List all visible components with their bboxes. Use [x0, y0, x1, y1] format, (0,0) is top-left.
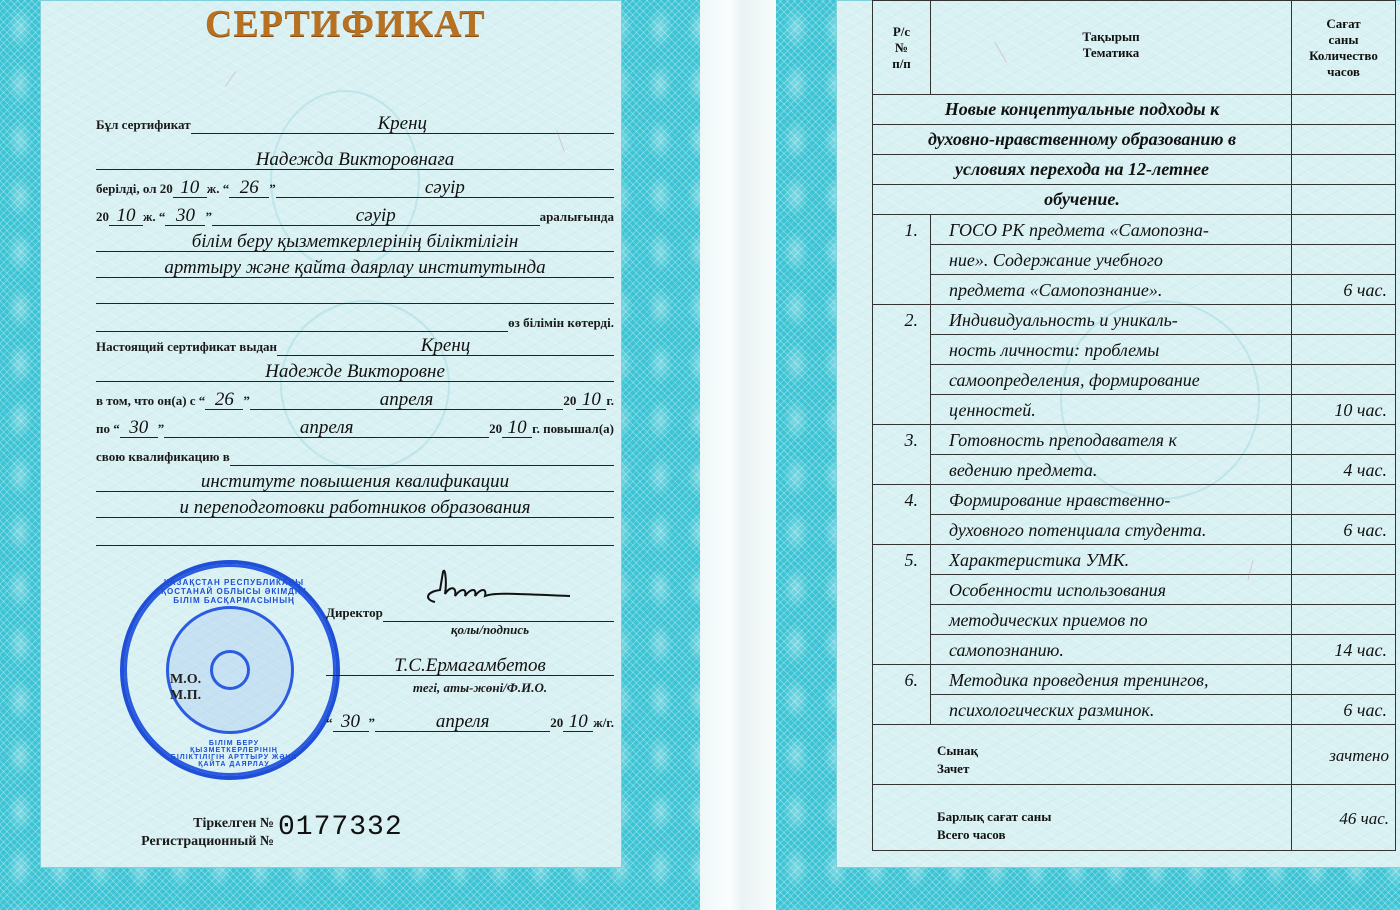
seal-label-kz: М.О.	[170, 672, 201, 688]
table-row: 2.Индивидуальность и уникаль-	[873, 305, 1396, 335]
row-number: 2.	[873, 305, 931, 335]
course-title-line: обучение.	[873, 185, 1292, 215]
header-hours-line: Количество	[1298, 48, 1389, 64]
ru-start-date-row: в том, что он(а) с “ 26 ” апреля 20 10 г…	[96, 390, 614, 410]
kz-name-field: Надежда Викторовнаға	[96, 150, 614, 170]
registration-label-ru: Регистрационный №	[100, 833, 274, 851]
course-title-row: духовно-нравственному образованию в	[873, 125, 1396, 155]
table-row: Особенности использования	[873, 575, 1396, 605]
header-hours-line: саны	[1298, 32, 1389, 48]
sign-date-day: 30	[333, 712, 369, 732]
ru-year-prefix-2: 20	[489, 421, 502, 438]
row-hours	[1292, 305, 1396, 335]
ru-name-field: Надежде Викторовне	[96, 362, 614, 382]
header-num: Р/с № п/п	[873, 1, 931, 95]
official-stamp: ҚАЗАҚСТАН РЕСПУБЛИКАСЫ ҚОСТАНАЙ ОБЛЫСЫ Ә…	[120, 560, 340, 780]
total-row-label-ru: Всего часов	[937, 826, 1285, 844]
kz-end-year: 10	[109, 206, 143, 226]
stamp-middle-text: БІЛІМ БЕРУ ҚЫЗМЕТКЕРЛЕРІНІҢ БІЛІКТІЛІГІН…	[164, 740, 304, 768]
row-hours: 10 час.	[1292, 395, 1396, 425]
kz-start-date-row: берілді, ол 20 10 ж. “ 26 ” сәуір	[96, 178, 614, 198]
table-row: 3.Готовность преподавателя к	[873, 425, 1396, 455]
row-hours	[1292, 335, 1396, 365]
ru-institution-row-1: институте повышения квалификации	[96, 472, 614, 492]
credit-row-value: зачтено	[1292, 725, 1396, 785]
director-signature-icon	[395, 562, 575, 612]
row-number	[873, 365, 931, 395]
row-topic-line: ГОСО РК предмета «Самопозна-	[931, 215, 1292, 245]
row-number: 4.	[873, 485, 931, 515]
date-suffix: ж/г.	[593, 715, 614, 732]
row-topic-line: Формирование нравственно-	[931, 485, 1292, 515]
row-hours	[1292, 545, 1396, 575]
sign-date-row: “ 30 ” апреля 20 10 ж/г.	[326, 712, 614, 732]
director-name: Т.С.Ермагамбетов	[326, 656, 614, 676]
table-row: самопознанию.14 час.	[873, 635, 1396, 665]
kz-improved-row: өз білімін көтерді.	[96, 312, 614, 332]
total-row-label: Барлық сағат саныВсего часов	[873, 785, 1292, 851]
header-hours: Сағат саны Количество часов	[1292, 1, 1396, 95]
row-number	[873, 575, 931, 605]
ru-to-label: по “	[96, 421, 120, 438]
row-hours	[1292, 575, 1396, 605]
row-hours	[1292, 215, 1396, 245]
row-number: 6.	[873, 665, 931, 695]
kz-end-date-row: 20 10 ж. “ 30 ” сәуір аралығында	[96, 206, 614, 226]
row-topic-line: психологических разминок.	[931, 695, 1292, 725]
row-hours	[1292, 665, 1396, 695]
ru-issued-row: Настоящий сертификат выдан Кренц	[96, 336, 614, 356]
row-topic-line: Индивидуальность и уникаль-	[931, 305, 1292, 335]
kz-end-day: 30	[165, 206, 205, 226]
header-topic-line: Тематика	[937, 45, 1285, 61]
seal-placeholder-label: М.О. М.П.	[170, 672, 201, 704]
row-hours	[1292, 485, 1396, 515]
ru-qualification-row: свою квалификацию в	[96, 446, 614, 466]
kz-institution-line-1: білім беру қызметкерлерінің біліктілігін	[96, 232, 614, 252]
ru-institution-line-2: и переподготовки работников образования	[96, 498, 614, 518]
hours-cell	[1292, 185, 1396, 215]
credit-row: СынақЗачетзачтено	[873, 725, 1396, 785]
row-number: 3.	[873, 425, 931, 455]
hours-cell	[1292, 125, 1396, 155]
row-number	[873, 245, 931, 275]
sign-date-month: апреля	[375, 712, 550, 732]
table-row: ведению предмета.4 час.	[873, 455, 1396, 485]
row-number	[873, 635, 931, 665]
row-hours	[1292, 605, 1396, 635]
row-topic-line: ценностей.	[931, 395, 1292, 425]
ru-start-year: 10	[576, 390, 606, 410]
signature-caption: қолы/подпись	[400, 622, 580, 638]
header-hours-line: часов	[1298, 64, 1389, 80]
row-hours: 6 час.	[1292, 515, 1396, 545]
kz-improved-label: өз білімін көтерді.	[508, 315, 614, 332]
row-topic-line: Методика проведения тренингов,	[931, 665, 1292, 695]
table-row: духовного потенциала студента.6 час.	[873, 515, 1396, 545]
row-hours	[1292, 365, 1396, 395]
ru-institution-row-2: и переподготовки работников образования	[96, 498, 614, 518]
ru-start-month: апреля	[250, 390, 564, 410]
row-number	[873, 395, 931, 425]
kz-blank-row	[96, 284, 614, 304]
row-hours: 4 час.	[1292, 455, 1396, 485]
table-row: самоопределения, формирование	[873, 365, 1396, 395]
row-topic-line: самопознанию.	[931, 635, 1292, 665]
header-topic-line: Тақырып	[937, 29, 1285, 45]
director-label: Директор	[326, 605, 383, 622]
header-topic: Тақырып Тематика	[931, 1, 1292, 95]
kz-issued-label: берілді, ол 20	[96, 181, 173, 198]
course-title-row: обучение.	[873, 185, 1396, 215]
header-num-line: п/п	[879, 56, 924, 72]
hours-cell	[1292, 95, 1396, 125]
row-topic-line: предмета «Самопознание».	[931, 275, 1292, 305]
row-topic-line: ность личности: проблемы	[931, 335, 1292, 365]
ru-raised-label: г. повышал(а)	[532, 421, 614, 438]
table-row: 4.Формирование нравственно-	[873, 485, 1396, 515]
row-topic-line: методических приемов по	[931, 605, 1292, 635]
course-title-line: Новые концептуальные подходы к	[873, 95, 1292, 125]
row-topic-line: Готовность преподавателя к	[931, 425, 1292, 455]
kz-institution-row-2: арттыру және қайта даярлау институтында	[96, 258, 614, 278]
name-caption: тегі, аты-жөні/Ф.И.О.	[360, 680, 600, 696]
row-topic-line: ние». Содержание учебного	[931, 245, 1292, 275]
credit-row-label-kz: Сынақ	[937, 742, 1285, 760]
stamp-outer-text: ҚАЗАҚСТАН РЕСПУБЛИКАСЫ ҚОСТАНАЙ ОБЛЫСЫ Ә…	[154, 578, 314, 605]
program-table-body: Новые концептуальные подходы кдуховно-нр…	[873, 95, 1396, 851]
stamp-emblem-icon	[210, 650, 250, 690]
kz-certificate-row: Бұл сертификат Кренц	[96, 114, 614, 134]
row-hours: 6 час.	[1292, 695, 1396, 725]
row-number	[873, 605, 931, 635]
total-row: Барлық сағат саныВсего часов46 час.	[873, 785, 1396, 851]
table-row: методических приемов по	[873, 605, 1396, 635]
row-number	[873, 515, 931, 545]
ru-start-day: 26	[205, 390, 243, 410]
registration-label-kz: Тіркелген №	[100, 815, 274, 833]
row-topic-line: самоопределения, формирование	[931, 365, 1292, 395]
sign-date-year: 10	[563, 712, 593, 732]
row-number: 1.	[873, 215, 931, 245]
certificate-title: СЕРТИФИКАТ	[205, 2, 485, 46]
ru-blank-row	[96, 526, 614, 546]
kz-institution-row-1: білім беру қызметкерлерінің біліктілігін	[96, 232, 614, 252]
kz-surname-field: Кренц	[191, 114, 614, 134]
ru-end-month: апреля	[164, 418, 489, 438]
kz-year-label-2: ж. “	[143, 209, 165, 226]
ru-qualification-label: свою квалификацию в	[96, 449, 230, 466]
ru-blank-line	[96, 526, 614, 546]
director-name-row: Т.С.Ермагамбетов	[326, 656, 614, 676]
kz-period-label: аралығында	[540, 209, 614, 226]
kz-year-label: ж. “	[207, 181, 229, 198]
ru-qualification-blank	[230, 446, 614, 466]
kz-certificate-label: Бұл сертификат	[96, 117, 191, 134]
ru-surname-field: Кренц	[277, 336, 614, 356]
course-title-row: Новые концептуальные подходы к	[873, 95, 1396, 125]
table-row: 1.ГОСО РК предмета «Самопозна-	[873, 215, 1396, 245]
course-title-line: духовно-нравственному образованию в	[873, 125, 1292, 155]
row-topic-line: духовного потенциала студента.	[931, 515, 1292, 545]
header-hours-line: Сағат	[1298, 16, 1389, 32]
total-row-label-kz: Барлық сағат саны	[937, 808, 1285, 826]
hours-cell	[1292, 155, 1396, 185]
table-header-row: Р/с № п/п Тақырып Тематика Сағат саны Ко…	[873, 1, 1396, 95]
ru-institution-line-1: институте повышения квалификации	[96, 472, 614, 492]
row-hours	[1292, 245, 1396, 275]
kz-blank-line-2	[96, 312, 508, 332]
row-number	[873, 335, 931, 365]
row-number	[873, 455, 931, 485]
registration-labels: Тіркелген № Регистрационный №	[100, 815, 274, 851]
date-year-prefix: 20	[550, 715, 563, 732]
table-row: психологических разминок.6 час.	[873, 695, 1396, 725]
table-row: ние». Содержание учебного	[873, 245, 1396, 275]
seal-label-ru: М.П.	[170, 688, 201, 704]
kz-blank-line	[96, 284, 614, 304]
row-hours	[1292, 425, 1396, 455]
row-hours: 6 час.	[1292, 275, 1396, 305]
ru-from-label: в том, что он(а) с “	[96, 393, 205, 410]
row-topic-line: Особенности использования	[931, 575, 1292, 605]
row-topic-line: Характеристика УМК.	[931, 545, 1292, 575]
header-num-line: №	[879, 40, 924, 56]
row-hours: 14 час.	[1292, 635, 1396, 665]
ru-name-row: Надежде Викторовне	[96, 362, 614, 382]
program-table: Р/с № п/п Тақырып Тематика Сағат саны Ко…	[872, 0, 1396, 851]
header-num-line: Р/с	[879, 24, 924, 40]
kz-institution-line-2: арттыру және қайта даярлау институтында	[96, 258, 614, 278]
course-title-row: условиях перехода на 12-летнее	[873, 155, 1396, 185]
book-spine	[700, 0, 776, 910]
kz-start-year: 10	[173, 178, 207, 198]
registration-number: 0177332	[278, 812, 403, 843]
kz-end-prefix: 20	[96, 209, 109, 226]
credit-row-label: СынақЗачет	[873, 725, 1292, 785]
ru-end-day: 30	[120, 418, 158, 438]
ru-year-suffix: г.	[606, 393, 614, 410]
ru-end-year: 10	[502, 418, 532, 438]
ru-year-prefix: 20	[563, 393, 576, 410]
kz-start-day: 26	[229, 178, 269, 198]
kz-name-row: Надежда Викторовнаға	[96, 150, 614, 170]
table-row: 6.Методика проведения тренингов,	[873, 665, 1396, 695]
table-row: предмета «Самопознание».6 час.	[873, 275, 1396, 305]
kz-end-month: сәуір	[212, 206, 540, 226]
credit-row-label-ru: Зачет	[937, 760, 1285, 778]
ru-issued-label: Настоящий сертификат выдан	[96, 339, 277, 356]
row-number	[873, 695, 931, 725]
table-row: ценностей.10 час.	[873, 395, 1396, 425]
kz-start-month: сәуір	[276, 178, 614, 198]
row-number: 5.	[873, 545, 931, 575]
course-title-line: условиях перехода на 12-летнее	[873, 155, 1292, 185]
table-row: ность личности: проблемы	[873, 335, 1396, 365]
table-row: 5.Характеристика УМК.	[873, 545, 1396, 575]
row-topic-line: ведению предмета.	[931, 455, 1292, 485]
ru-end-date-row: по “ 30 ” апреля 20 10 г. повышал(а)	[96, 418, 614, 438]
total-row-value: 46 час.	[1292, 785, 1396, 851]
row-number	[873, 275, 931, 305]
